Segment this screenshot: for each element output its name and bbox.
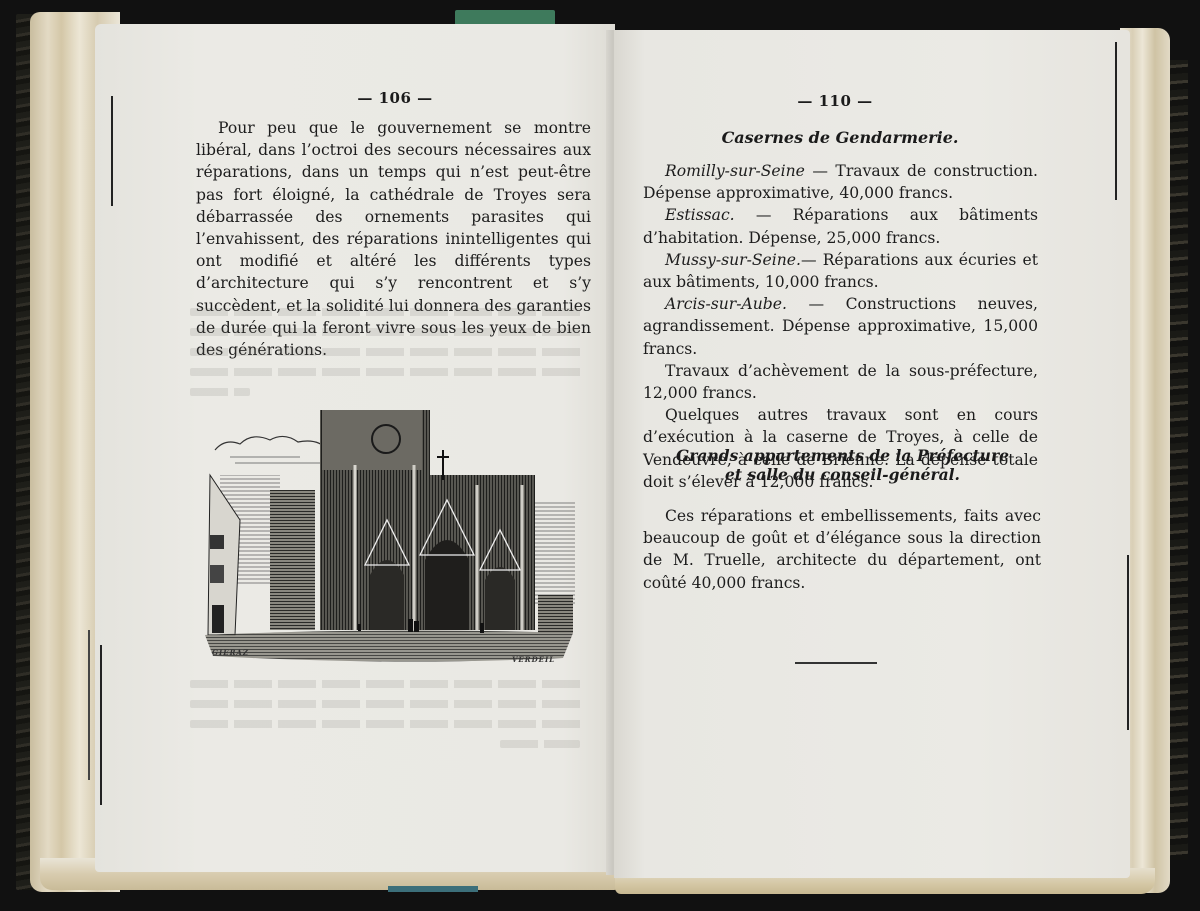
entry-romilly: Romilly-sur-Seine — Travaux de construct… <box>643 160 1038 204</box>
show-through-line <box>190 680 585 688</box>
place-name: Romilly-sur-Seine <box>665 162 805 180</box>
entry-arcis: Arcis-sur-Aube. — Constructions neuves, … <box>643 293 1038 360</box>
section-heading-prefecture: Grands appartements de la Préfecture et … <box>640 446 1045 484</box>
paragraph-sous-prefecture: Travaux d’achèvement de la sous-préfectu… <box>643 360 1038 404</box>
engraver-credit-right: VERDEIL <box>512 655 555 664</box>
margin-rule <box>100 645 102 805</box>
show-through-line <box>190 388 250 396</box>
paragraph-text: Ces réparations et embellissements, fait… <box>643 505 1041 594</box>
margin-rule <box>1127 555 1129 730</box>
heading-line: Grands appartements de la Préfecture <box>640 446 1045 465</box>
show-through-line <box>190 348 585 356</box>
place-name: Arcis-sur-Aube. <box>665 295 787 313</box>
casernes-entries: Romilly-sur-Seine — Travaux de construct… <box>643 160 1038 493</box>
show-through-line <box>190 328 585 336</box>
show-through-line <box>500 740 580 748</box>
blue-bookmark-tab <box>388 886 478 892</box>
margin-rule <box>1115 42 1117 200</box>
engraver-credit-left: GIERAZ <box>212 648 249 657</box>
heading-line: et salle du conseil-général. <box>640 465 1045 484</box>
section-heading-casernes: Casernes de Gendarmerie. <box>640 128 1040 147</box>
page-number-left: — 106 — <box>350 89 440 107</box>
paragraph-text: Pour peu que le gouvernement se montre l… <box>196 117 591 361</box>
prefecture-paragraph: Ces réparations et embellissements, fait… <box>643 505 1041 594</box>
show-through-line <box>190 720 585 728</box>
place-name: Estissac. <box>665 206 735 224</box>
show-through-line <box>190 308 585 316</box>
page-number-right: — 110 — <box>790 92 880 110</box>
margin-rule <box>88 630 90 780</box>
margin-rule <box>111 96 113 206</box>
entry-estissac: Estissac. — Réparations aux bâtiments d’… <box>643 204 1038 248</box>
entry-mussy: Mussy-sur-Seine.— Réparations aux écurie… <box>643 249 1038 293</box>
left-page-paragraph: Pour peu que le gouvernement se montre l… <box>196 117 591 361</box>
show-through-line <box>190 700 585 708</box>
show-through-line <box>190 368 585 376</box>
place-name: Mussy-sur-Seine. <box>665 251 801 269</box>
end-rule <box>795 662 877 664</box>
cathedral-engraving <box>200 405 578 663</box>
